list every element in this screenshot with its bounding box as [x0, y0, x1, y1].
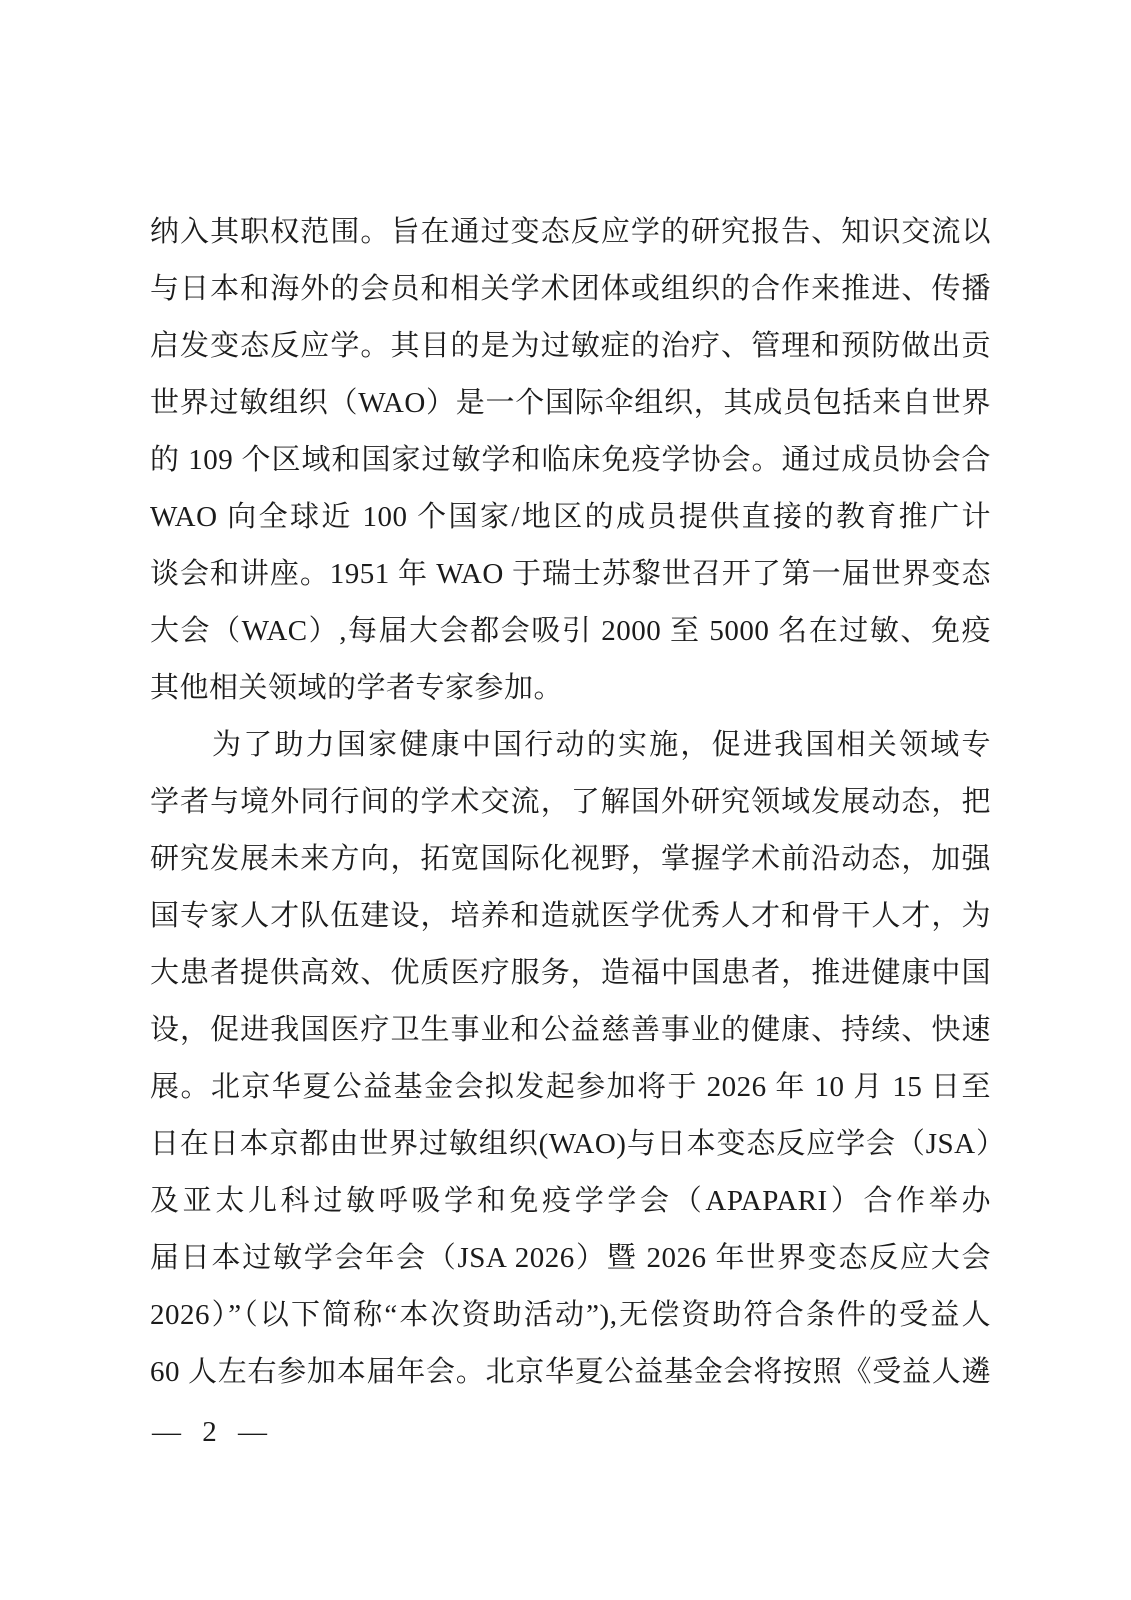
body-line-paragraph-start: 为了助力国家健康中国行动的实施，促进我国相关领域专家、	[150, 717, 991, 774]
body-line: 展。北京华夏公益基金会拟发起参加将于 2026 年 10 月 15 日至 18	[150, 1059, 991, 1116]
body-line: 研究发展未来方向，拓宽国际化视野，掌握学术前沿动态，加强我	[150, 831, 991, 888]
body-line: WAO 向全球近 100 个国家/地区的成员提供直接的教育推广计划、座	[150, 489, 991, 546]
body-line: 设，促进我国医疗卫生事业和公益慈善事业的健康、持续、快速发	[150, 1002, 991, 1059]
body-line: 日在日本京都由世界过敏组织(WAO)与日本变态反应学会（JSA）以	[150, 1116, 991, 1173]
body-line: 谈会和讲座。1951 年 WAO 于瑞士苏黎世召开了第一届世界变态反应	[150, 546, 991, 603]
body-line: 学者与境外同行间的学术交流，了解国外研究领域发展动态，把握	[150, 774, 991, 831]
document-body-text: 纳入其职权范围。旨在通过变态反应学的研究报告、知识交流以及 与日本和海外的会员和…	[150, 204, 991, 1401]
body-line: 大患者提供高效、优质医疗服务，造福中国患者，推进健康中国建	[150, 945, 991, 1002]
body-line: 大会（WAC）,每届大会都会吸引 2000 至 5000 名在过敏、免疫学和	[150, 603, 991, 660]
body-line: 2026）”（以下简称“本次资助活动”),无偿资助符合条件的受益人	[150, 1287, 991, 1344]
body-line: 60 人左右参加本届年会。北京华夏公益基金会将按照《受益人遴选	[150, 1344, 991, 1401]
body-line: 与日本和海外的会员和相关学术团体或组织的合作来推进、传播和	[150, 261, 991, 318]
body-line: 的 109 个区域和国家过敏学和临床免疫学协会。通过成员协会合作，	[150, 432, 991, 489]
body-line: 纳入其职权范围。旨在通过变态反应学的研究报告、知识交流以及	[150, 204, 991, 261]
body-line-paragraph-end: 其他相关领域的学者专家参加。	[150, 660, 991, 717]
document-page: 纳入其职权范围。旨在通过变态反应学的研究报告、知识交流以及 与日本和海外的会员和…	[0, 0, 1131, 1600]
body-line: 启发变态反应学。其目的是为过敏症的治疗、管理和预防做出贡献。	[150, 318, 991, 375]
page-number: — 2 —	[152, 1412, 269, 1452]
body-line: 世界过敏组织（WAO）是一个国际伞组织，其成员包括来自世界各地	[150, 375, 991, 432]
body-line: 届日本过敏学会年会（JSA 2026）暨 2026 年世界变态反应大会（WAC	[150, 1230, 991, 1287]
body-line: 国专家人才队伍建设，培养和造就医学优秀人才和骨干人才，为广	[150, 888, 991, 945]
body-line: 及亚太儿科过敏呼吸学和免疫学学会（APAPARI）合作举办的“第 75	[150, 1173, 991, 1230]
